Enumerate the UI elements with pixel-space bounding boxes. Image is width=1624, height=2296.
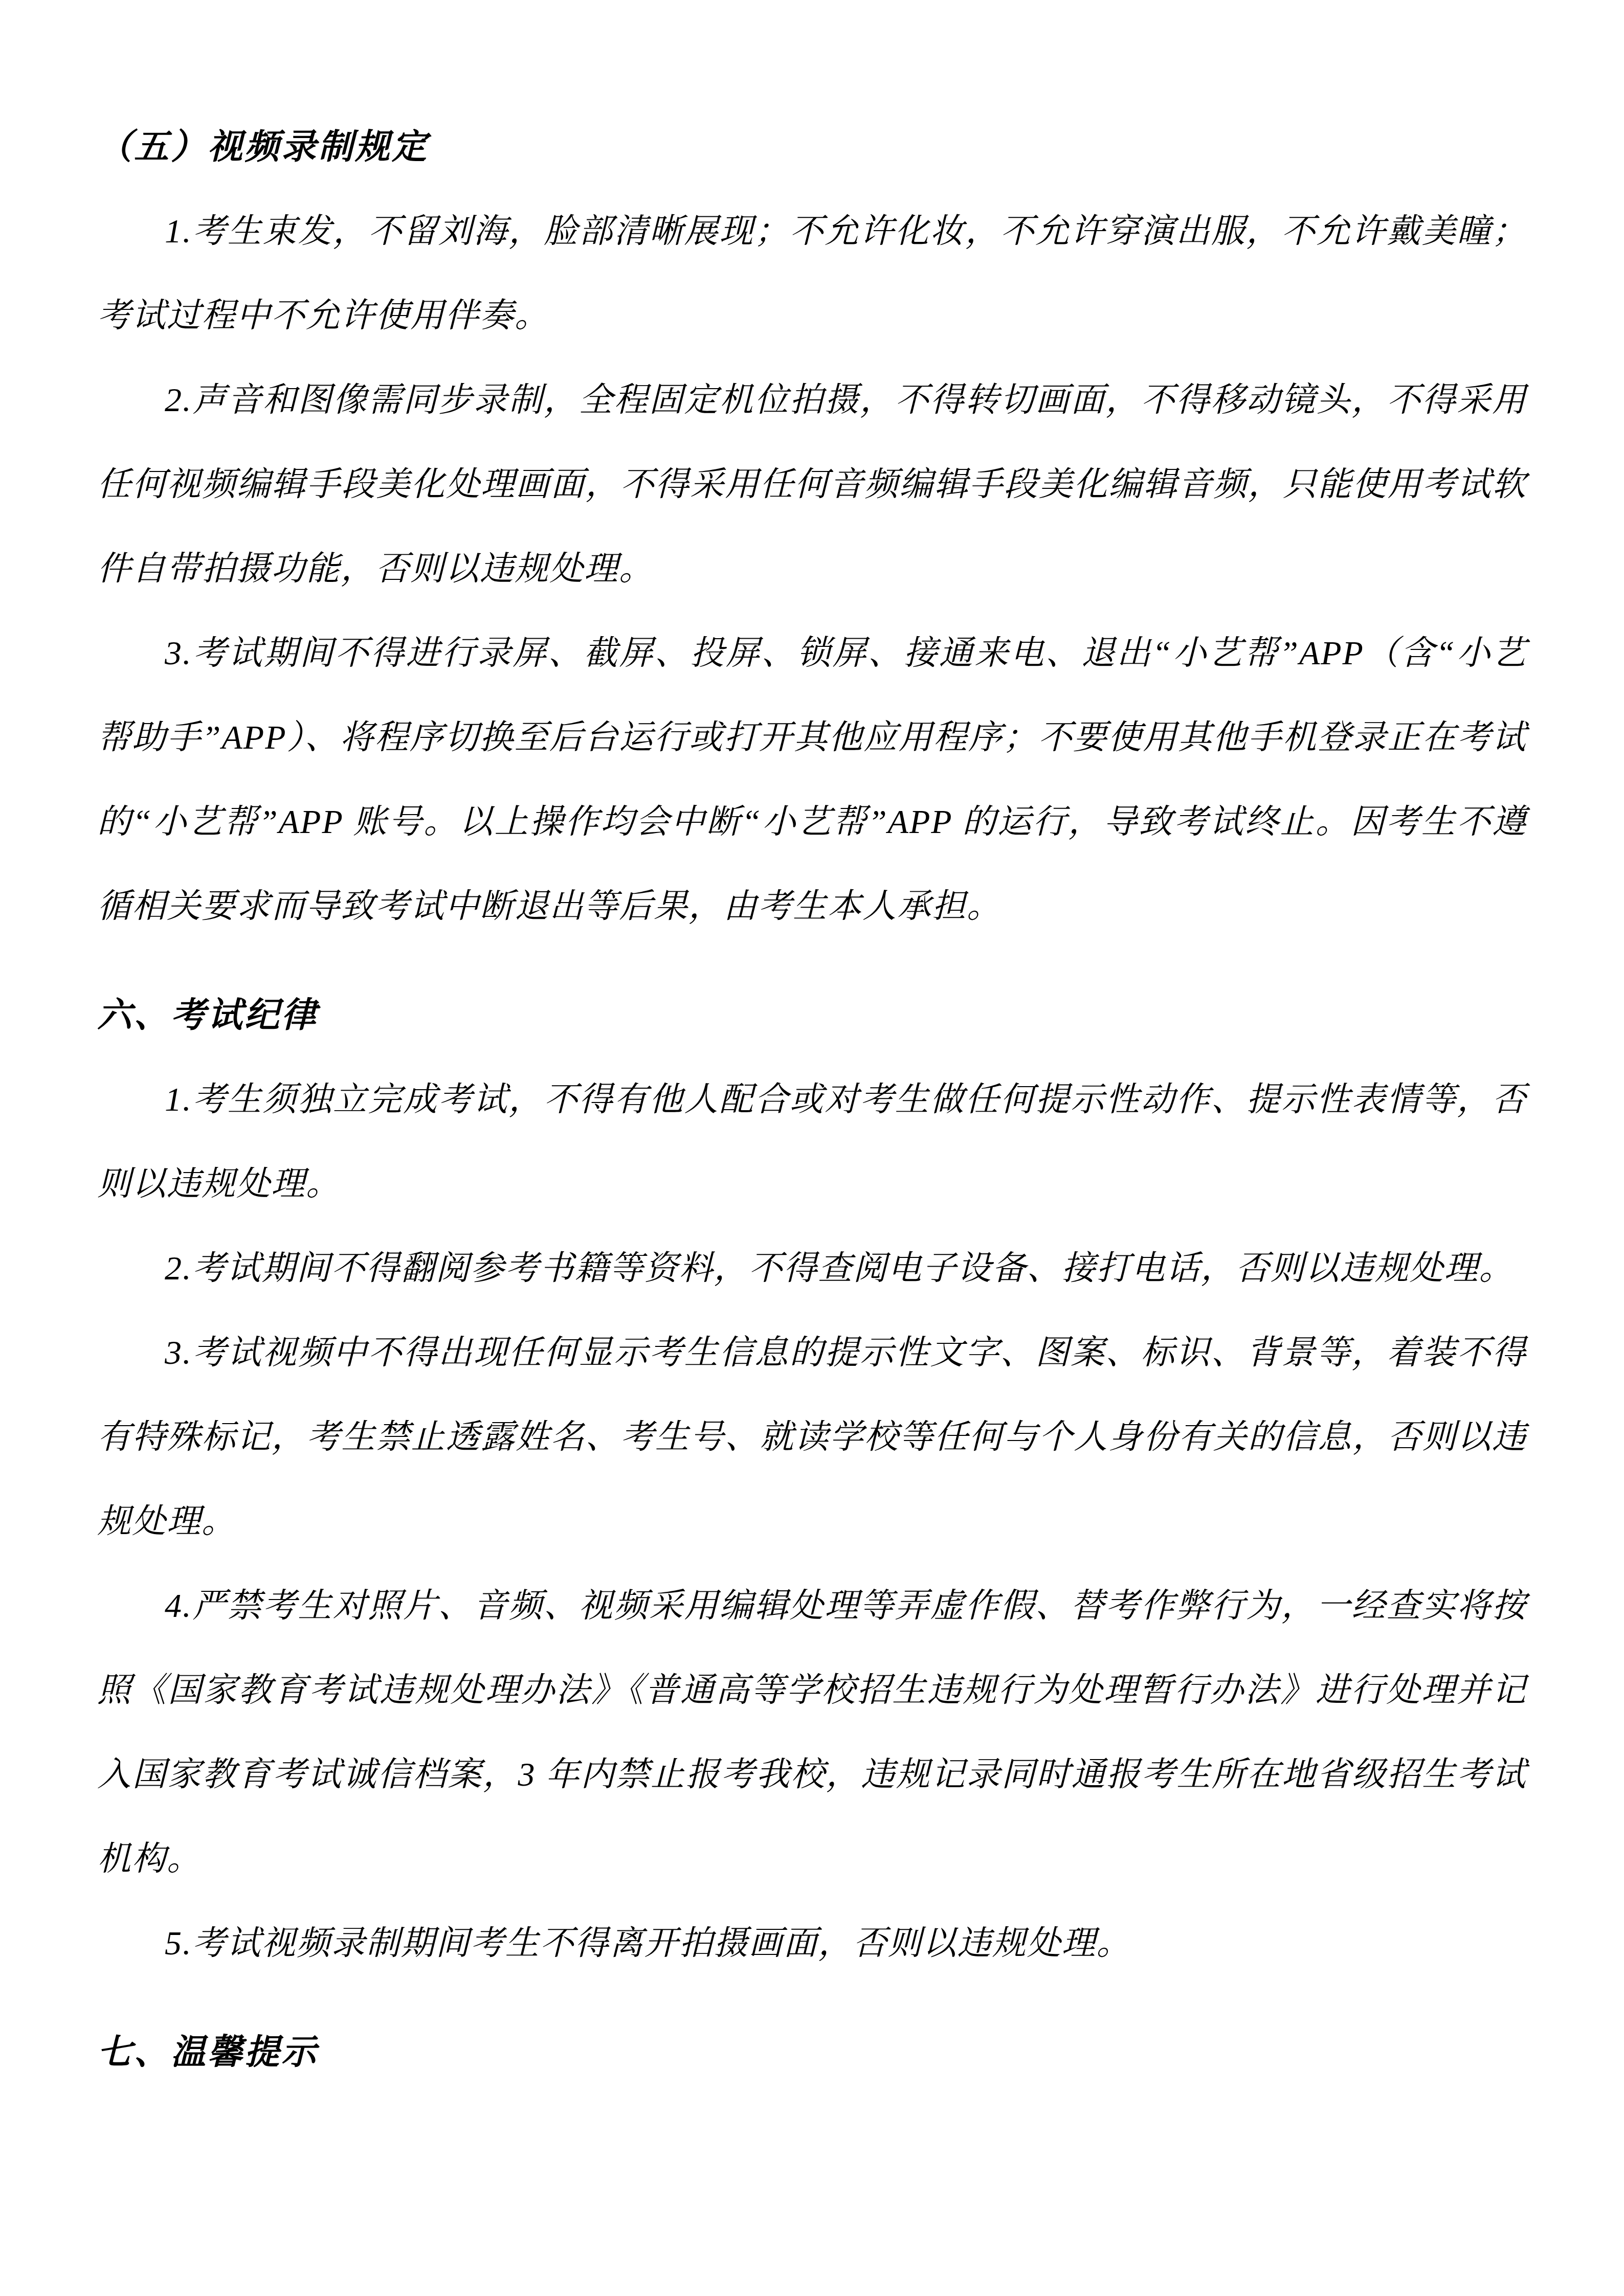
section-heading-tips: 七、温馨提示 (97, 2010, 1527, 2095)
paragraph: 1.考生须独立完成考试，不得有他人配合或对考生做任何提示性动作、提示性表情等，否… (97, 1057, 1527, 1226)
paragraph: 4.严禁考生对照片、音频、视频采用编辑处理等弄虚作假、替考作弊行为，一经查实将按… (97, 1564, 1527, 1901)
section-heading-exam-discipline: 六、考试纪律 (97, 973, 1527, 1057)
paragraph: 2.声音和图像需同步录制，全程固定机位拍摄，不得转切画面，不得移动镜头，不得采用… (97, 358, 1527, 611)
paragraph: 5.考试视频录制期间考生不得离开拍摄画面，否则以违规处理。 (97, 1901, 1527, 1986)
paragraph: 3.考试视频中不得出现任何显示考生信息的提示性文字、图案、标识、背景等，着装不得… (97, 1311, 1527, 1564)
paragraph: 1.考生束发，不留刘海，脸部清晰展现；不允许化妆，不允许穿演出服，不允许戴美瞳；… (97, 189, 1527, 358)
paragraph: 2.考试期间不得翻阅参考书籍等资料，不得查阅电子设备、接打电话，否则以违规处理。 (97, 1226, 1527, 1311)
section-heading-video-recording-rules: （五）视频录制规定 (97, 105, 1527, 189)
document-page: （五）视频录制规定 1.考生束发，不留刘海，脸部清晰展现；不允许化妆，不允许穿演… (0, 0, 1624, 2296)
paragraph: 3.考试期间不得进行录屏、截屏、投屏、锁屏、接通来电、退出“小艺帮”APP（含“… (97, 611, 1527, 949)
